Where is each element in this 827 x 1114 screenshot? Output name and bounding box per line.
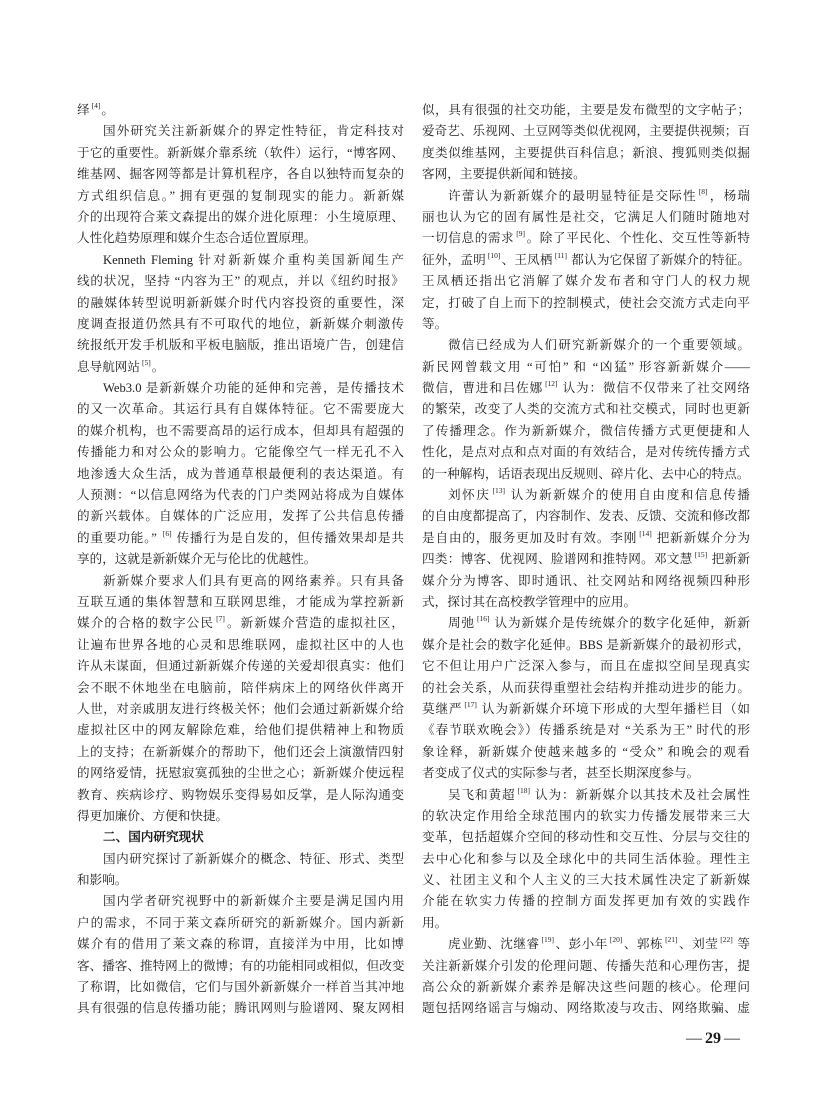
- text-line: 人预测：“以信息网络为代表的门户类网站将成为自媒体: [77, 485, 404, 506]
- citation-ref: [11]: [555, 251, 567, 260]
- text-line: 国外研究关注新新媒介的界定性特征，肯定科技对: [77, 121, 404, 142]
- text-line: 度调查报道仍然具有不可取代的地位，新新媒介刺激传: [77, 314, 404, 335]
- right-column: 似，具有很强的社交功能，主要是发布微型的文字帖子； 爱奇艺、乐视网、土豆网等类似…: [422, 100, 750, 1020]
- text-segment: 认为：微信不仅带来了社交网络: [559, 381, 750, 395]
- citation-ref: [14]: [639, 529, 652, 538]
- citation-ref: [22]: [720, 935, 733, 944]
- text-segment: 把新新: [708, 552, 750, 566]
- text-line: 虎业勤、沈继睿[19]、彭小年[20]、郭栋[21]、刘莹[22] 等: [422, 934, 750, 955]
- text-segment: 认为新媒介是传统媒介的数字化延伸，新新: [491, 616, 751, 630]
- text-line: 介能在软实力传播的控制方面发挥更加有效的实践作: [422, 891, 750, 912]
- text-line: 媒介有的借用了莱文森的称谓，直接洋为中用，比如博: [77, 934, 404, 955]
- text-line: 国内研究探讨了新新媒介的概念、特征、形式、类型: [77, 849, 404, 870]
- text-line: 周弛[16] 认为新媒介是传统媒介的数字化延伸，新新: [422, 613, 750, 634]
- citation-ref: [8]: [699, 187, 708, 196]
- text-line: 的繁荣，改变了人类的交流方式和社交模式，同时也更新: [422, 399, 750, 420]
- citation-ref: [12]: [545, 379, 558, 388]
- text-line: 似，具有很强的社交功能，主要是发布微型的文字帖子；: [422, 100, 750, 121]
- text-line: 媒介是社会的数字化延伸。BBS 是新新媒介的最初形式，: [422, 635, 750, 656]
- text-line: 统报纸开发手机版和平板电脑版，推出语境广告，创建信: [77, 335, 404, 356]
- text-segment: 四类：博客、优视网、脸谱网和推特网。邓文慧: [422, 552, 693, 566]
- text-line: 得更加廉价、方便和快捷。: [77, 806, 404, 827]
- paragraph: 国外研究关注新新媒介的界定性特征，肯定科技对 于它的重要性。新新媒介靠系统（软件…: [77, 121, 404, 249]
- text-segment: 微信，曹进和吕佐娜: [422, 381, 543, 395]
- text-segment: 、刘莹: [679, 937, 719, 951]
- text-line: 息导航网站[5]。: [77, 357, 404, 378]
- text-line: 许从未谋面，但通过新新媒介传递的关爱却很真实：他们: [77, 656, 404, 677]
- text-segment: 。新新媒介营造的虚拟社区，: [226, 616, 404, 630]
- text-segment: 征外，孟明: [422, 253, 486, 267]
- text-line: 的融媒体转型说明新新媒介时代内容投资的重要性，深: [77, 293, 404, 314]
- text-line: 关注新新媒介引发的伦理问题、传播失范和心理伤害，提: [422, 956, 750, 977]
- text-segment: 、彭小年: [555, 937, 608, 951]
- text-segment: 许蕾认为新新媒介的最明显特征是交际性: [448, 189, 697, 203]
- citation-ref: [5]: [142, 358, 151, 367]
- text-line: 媒介的合格的数字公民[7]。新新媒介营造的虚拟社区，: [77, 613, 404, 634]
- text-line: 的一种解构，话语表现出反规则、碎片化、去中心的特点。: [422, 464, 750, 485]
- text-line: 的软决定作用给全球范围内的软实力传播发展带来三大: [422, 806, 750, 827]
- citation-ref: [6]: [163, 529, 172, 538]
- text-line: 让遍布世界各地的心灵和思维联网，虚拟社区中的人也: [77, 635, 404, 656]
- text-line: 四类：博客、优视网、脸谱网和推特网。邓文慧[15] 把新新: [422, 549, 750, 570]
- text-line: 客、播客、推特网上的微博；有的功能相同或相似，但改变: [77, 956, 404, 977]
- page-number: —29—: [678, 1028, 748, 1050]
- text-line: 地渗透大众生活，成为普通草根最便利的表达渠道。有: [77, 464, 404, 485]
- paragraph: 国内研究探讨了新新媒介的概念、特征、形式、类型 和影响。: [77, 849, 404, 892]
- text-line: 的又一次革命。其运行具有自媒体特征。它不需要庞大: [77, 399, 404, 420]
- text-line: 传播能力和对公众的影响力。它能像空气一样无孔不入: [77, 442, 404, 463]
- text-segment: 、王凤栖: [501, 253, 552, 267]
- text-segment: ，杨瑞: [709, 189, 750, 203]
- text-segment: 。: [101, 103, 114, 117]
- page-number-dash-right: —: [724, 1030, 740, 1047]
- text-segment: 的重要功能。”: [77, 531, 161, 545]
- text-segment: 周弛: [448, 616, 475, 630]
- text-line: 媒介分为博客、即时通讯、社交网站和网络视频四种形: [422, 571, 750, 592]
- text-segment: 。: [152, 360, 165, 374]
- text-segment: 媒介的合格的数字公民: [77, 616, 214, 630]
- text-line: 一切信息的需求[9]。除了平民化、个性化、交互性等新特: [422, 228, 750, 249]
- citation-ref: [18]: [517, 786, 530, 795]
- text-segment: 传播行为是自发的，但传播效果却是共: [173, 531, 404, 545]
- text-line: 它不但让用户广泛深入参与，而且在虚拟空间呈现真实: [422, 656, 750, 677]
- text-line: 绎[4]。: [77, 100, 404, 121]
- text-line: 王凤栖还指出它消解了媒介发布者和守门人的权力规: [422, 271, 750, 292]
- text-line: 了称谓，比如微信，它们与国外新新媒介一样首当其冲地: [77, 977, 404, 998]
- text-line: 丽也认为它的固有属性是社交，它满足人们随时随地对: [422, 207, 750, 228]
- paragraph: 吴飞和黄超[18] 认为：新新媒介以其技术及社会属性 的软决定作用给全球范围内的…: [422, 785, 750, 935]
- text-line: 刘怀庆[13] 认为新新媒介的使用自由度和信息传播: [422, 485, 750, 506]
- text-line: 题包括网络谣言与煽动、网络欺凌与攻击、网络欺骗、虚: [422, 998, 750, 1019]
- text-segment: 息导航网站: [77, 360, 140, 374]
- text-segment: 把新新媒介分为: [653, 531, 750, 545]
- text-line: 的新兴载体。自媒体的广泛应用，发挥了公共信息传播: [77, 506, 404, 527]
- text-line: 国内学者研究视野中的新新媒介主要是满足国内用: [77, 891, 404, 912]
- citation-ref: [9]: [516, 229, 525, 238]
- text-line: 征外，孟明[10]、王凤栖[11] 都认为它保留了新媒介的特征。: [422, 250, 750, 271]
- text-segment: 绎: [77, 103, 90, 117]
- text-segment: 认为：新新媒介以其技术及社会属性: [531, 788, 750, 802]
- text-segment: 等: [734, 937, 750, 951]
- section-heading: 二、国内研究现状: [77, 827, 404, 848]
- text-segment: 认为新新媒介环境下形成的大型年播栏目（如: [478, 702, 750, 716]
- paragraph: Kenneth Fleming 针对新新媒介重构美国新闻生产 线的状况，坚持 “…: [77, 250, 404, 378]
- text-line: 用。: [422, 913, 750, 934]
- text-line: 户的需求，不同于莱文森所研究的新新媒介。国内新新: [77, 913, 404, 934]
- text-line: 上的支持；在新新媒介的帮助下，他们还会上演激情四射: [77, 742, 404, 763]
- text-line: 象诠释，新新媒介使越来越多的 “受众” 和晚会的观看: [422, 742, 750, 763]
- citation-ref: [4]: [92, 101, 101, 110]
- text-line: 教育、疾病诊疗、购物娱乐变得易如反掌，是人际沟通变: [77, 785, 404, 806]
- text-line: 客网，主要提供新闻和链接。: [422, 164, 750, 185]
- citation-ref: [20]: [610, 935, 623, 944]
- paragraph: 刘怀庆[13] 认为新新媒介的使用自由度和信息传播 的自由度都提高了，内容制作、…: [422, 485, 750, 613]
- text-line: 的网络爱情，抚慰寂寞孤独的尘世之心；新新媒介使远程: [77, 763, 404, 784]
- text-segment: 虎业勤、沈继睿: [448, 937, 540, 951]
- paragraph: 许蕾认为新新媒介的最明显特征是交际性[8]，杨瑞 丽也认为它的固有属性是社交，它…: [422, 186, 750, 336]
- text-line: 方式组织信息。” 拥有更强的复制现实的能力。新新媒: [77, 186, 404, 207]
- text-line: 变革，包括超媒介空间的移动性和交互性、分层与交往的: [422, 827, 750, 848]
- paragraph: Web3.0 是新新媒介功能的延伸和完善，是传播技术 的又一次革命。其运行具有自…: [77, 378, 404, 571]
- text-line: 许蕾认为新新媒介的最明显特征是交际性[8]，杨瑞: [422, 186, 750, 207]
- text-segment: 莫继严: [422, 702, 462, 716]
- text-line: 新民网曾载文用 “可怕” 和 “凶猛” 形容新新媒介——: [422, 357, 750, 378]
- text-line: 微信，曹进和吕佐娜[12] 认为：微信不仅带来了社交网络: [422, 378, 750, 399]
- text-line: 了传播理念。作为新新媒介，微信传播方式更便捷和人: [422, 421, 750, 442]
- text-line: 高公众的新新媒介素养是解决这些问题的核心。伦理问: [422, 977, 750, 998]
- text-segment: 一切信息的需求: [422, 231, 514, 245]
- text-line: 性化，是点对点和点对面的有效结合，是对传统传播方式: [422, 442, 750, 463]
- paragraph: 似，具有很强的社交功能，主要是发布微型的文字帖子； 爱奇艺、乐视网、土豆网等类似…: [422, 100, 750, 186]
- text-line: 《春节联欢晚会》）传播系统是对 “关系为王” 时代的形: [422, 720, 750, 741]
- text-line: 是自由的，服务更加及时有效。李刚[14] 把新新媒介分为: [422, 528, 750, 549]
- text-line: 去中心化和参与以及全球化中的共同生活体验。理性主: [422, 849, 750, 870]
- text-line: 具有很强的信息传播功能；腾讯网则与脸谱网、聚友网相: [77, 998, 404, 1019]
- text-line: 维基网、掘客网等都是计算机程序，各自以独特而复杂的: [77, 164, 404, 185]
- citation-ref: [19]: [542, 935, 555, 944]
- text-segment: 都认为它保留了新媒介的特征。: [568, 253, 750, 267]
- text-line: 互联互通的集体智慧和互联网思维，才能成为掌控新新: [77, 592, 404, 613]
- text-segment: 认为新新媒介的使用自由度和信息传播: [506, 488, 750, 502]
- text-segment: 刘怀庆: [448, 488, 491, 502]
- text-line: 会不眠不休地坐在电脑前，陪伴病床上的网络伙伴离开: [77, 678, 404, 699]
- paragraph: 新新媒介要求人们具有更高的网络素养。只有具备 互联互通的集体智慧和互联网思维，才…: [77, 571, 404, 828]
- text-line: 和影响。: [77, 870, 404, 891]
- text-line: 等。: [422, 314, 750, 335]
- text-line: 人世，对亲戚朋友进行终极关怀；他们会通过新新媒介给: [77, 699, 404, 720]
- text-line: 虚拟社区中的网友解除危难，给他们提供精神上和物质: [77, 720, 404, 741]
- left-column: 绎[4]。 国外研究关注新新媒介的界定性特征，肯定科技对 于它的重要性。新新媒介…: [77, 100, 404, 1020]
- text-line: 吴飞和黄超[18] 认为：新新媒介以其技术及社会属性: [422, 785, 750, 806]
- text-line: 义、社团主义和个人主义的三大技术属性决定了新新媒: [422, 870, 750, 891]
- paragraph: 绎[4]。: [77, 100, 404, 121]
- text-segment: 是自由的，服务更加及时有效。李刚: [422, 531, 637, 545]
- text-line: 介的出现符合莱文森提出的媒介进化原理：小生境原理、: [77, 207, 404, 228]
- text-line: 度类似维基网，主要提供百科信息；新浪、搜狐则类似掘: [422, 143, 750, 164]
- text-line: 微信已经成为人们研究新新媒介的一个重要领域。: [422, 335, 750, 356]
- text-line: 的重要功能。” [6] 传播行为是自发的，但传播效果却是共: [77, 528, 404, 549]
- text-line: 线的状况，坚持 “内容为王” 的观点，并以《纽约时报》: [77, 271, 404, 292]
- paragraph: 周弛[16] 认为新媒介是传统媒介的数字化延伸，新新 媒介是社会的数字化延伸。B…: [422, 613, 750, 784]
- text-line: 的社会关系，从而获得重塑社会结构并推动进步的能力。: [422, 678, 750, 699]
- page-number-value: 29: [705, 1030, 721, 1047]
- citation-ref: [7]: [216, 614, 225, 623]
- citation-ref: [10]: [488, 251, 501, 260]
- text-line: 新新媒介要求人们具有更高的网络素养。只有具备: [77, 571, 404, 592]
- text-line: 者变成了仪式的实际参与者，甚至长期深度参与。: [422, 763, 750, 784]
- citation-ref: [15]: [695, 550, 708, 559]
- text-line: 于它的重要性。新新媒介靠系统（软件）运行，“博客网、: [77, 143, 404, 164]
- section-heading-block: 二、国内研究现状: [77, 827, 404, 848]
- text-segment: 。除了平民化、个性化、交互性等新特: [526, 231, 750, 245]
- text-line: 享的，这就是新新媒介无与伦比的优越性。: [77, 549, 404, 570]
- text-segment: 吴飞和黄超: [448, 788, 515, 802]
- text-line: 式，探讨其在高校教学管理中的应用。: [422, 592, 750, 613]
- text-line: 的自由度都提高了，内容制作、发表、反馈、交流和修改都: [422, 506, 750, 527]
- text-line: Web3.0 是新新媒介功能的延伸和完善，是传播技术: [77, 378, 404, 399]
- paragraph: 虎业勤、沈继睿[19]、彭小年[20]、郭栋[21]、刘莹[22] 等 关注新新…: [422, 934, 750, 1020]
- paragraph: 微信已经成为人们研究新新媒介的一个重要领域。 新民网曾载文用 “可怕” 和 “凶…: [422, 335, 750, 485]
- text-line: 人性化趋势原理和媒介生态合适位置原理。: [77, 228, 404, 249]
- text-line: 的媒介机构，也不需要高昂的运行成本，但却具有超强的: [77, 421, 404, 442]
- text-line: 爱奇艺、乐视网、土豆网等类似优视网，主要提供视频；百: [422, 121, 750, 142]
- citation-ref: [21]: [665, 935, 678, 944]
- text-line: 定，打破了自上而下的控制模式，使社会交流方式走向平: [422, 293, 750, 314]
- page-number-dash-left: —: [686, 1030, 702, 1047]
- text-line: 莫继严[17] 认为新新媒介环境下形成的大型年播栏目（如: [422, 699, 750, 720]
- citation-ref: [17]: [464, 700, 477, 709]
- text-segment: 、郭栋: [623, 937, 663, 951]
- citation-ref: [13]: [493, 486, 506, 495]
- citation-ref: [16]: [477, 614, 490, 623]
- text-line: Kenneth Fleming 针对新新媒介重构美国新闻生产: [77, 250, 404, 271]
- paragraph: 国内学者研究视野中的新新媒介主要是满足国内用 户的需求，不同于莱文森所研究的新新…: [77, 891, 404, 1019]
